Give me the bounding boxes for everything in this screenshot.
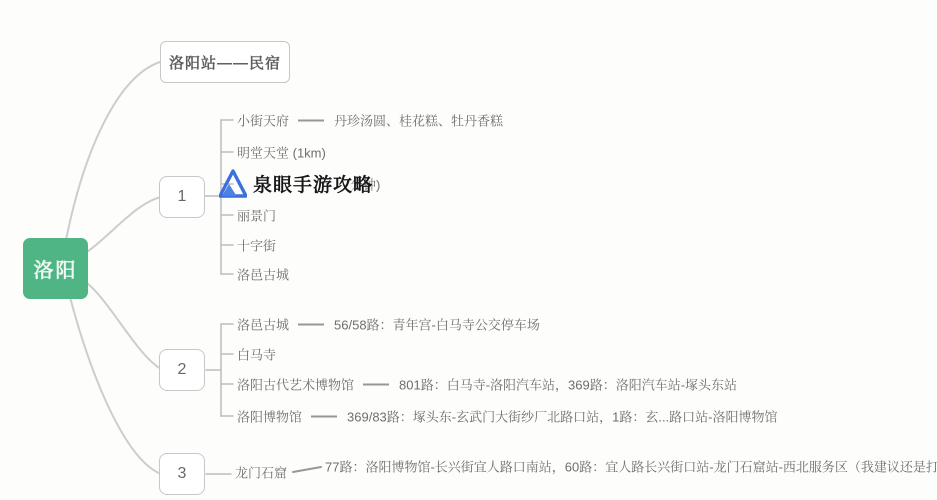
- topic-label: 洛邑古城: [237, 315, 289, 334]
- label-desc-connector: [298, 119, 324, 121]
- topic-desc: 801路：白马寺-洛阳汽车站，369路：洛阳汽车站-塚头东站: [399, 375, 737, 394]
- topic-label: 小街天府: [237, 111, 289, 130]
- topic-desc: 369/83路：塚头东-玄武门大街纱厂北路口站，1路：玄...路口站-洛阳博物馆: [347, 407, 778, 426]
- topic-desc: 56/58路：青年宫-白马寺公交停车场: [334, 315, 540, 334]
- curve-root-branch1: [87, 197, 161, 252]
- topic-label: 洛阳古代艺术博物馆: [237, 375, 354, 394]
- topic-desc: 丹珍汤圆、桂花糕、牡丹香糕: [334, 111, 503, 130]
- station-branch-node[interactable]: 洛阳站——民宿: [160, 41, 290, 83]
- topic-row-mingtangtiantang[interactable]: 明堂天堂 (1km): [237, 143, 326, 162]
- topic-label: 明堂天堂 (1km): [237, 143, 326, 162]
- label-desc-connector: [311, 415, 337, 417]
- topic-row-longmenshiku[interactable]: 龙门石窟: [235, 463, 287, 482]
- topic-row-luoyigucheng-1[interactable]: 洛邑古城: [237, 265, 289, 284]
- label-desc-connector: [298, 323, 324, 325]
- topic-label: 丽景门: [237, 206, 276, 225]
- station-branch-label: 洛阳站——民宿: [169, 52, 281, 73]
- watermark-text: 泉眼手游攻略: [253, 170, 373, 197]
- topic-row-gudaiyishubowuguan[interactable]: 洛阳古代艺术博物馆 801路：白马寺-洛阳汽车站，369路：洛阳汽车站-塚头东站: [237, 375, 737, 394]
- topic-row-baimasi[interactable]: 白马寺: [237, 345, 276, 364]
- triangle-mountain-logo-icon: [219, 169, 247, 198]
- topic-row-lijingmen[interactable]: 丽景门: [237, 206, 276, 225]
- watermark: 泉眼手游攻略: [219, 169, 373, 198]
- branch-node-3[interactable]: 3: [159, 453, 205, 495]
- branch-node-3-label: 3: [178, 465, 187, 483]
- branch-node-1[interactable]: 1: [159, 176, 205, 218]
- topic-row-luoyigucheng-2[interactable]: 洛邑古城 56/58路：青年宫-白马寺公交停车场: [237, 315, 540, 334]
- branch3-label-desc-line: [293, 467, 321, 472]
- curve-root-branch3: [70, 297, 161, 474]
- curve-root-branch2: [87, 283, 161, 369]
- curve-root-station: [66, 62, 160, 240]
- topic-label: 龙门石窟: [235, 463, 287, 482]
- topic-row-luoyangbowuguan[interactable]: 洛阳博物馆 369/83路：塚头东-玄武门大街纱厂北路口站，1路：玄...路口站…: [237, 407, 778, 426]
- topic-label: 洛邑古城: [237, 265, 289, 284]
- topic-label: 十字街: [237, 236, 276, 255]
- topic-row-shizijie[interactable]: 十字街: [237, 236, 276, 255]
- root-node-label: 洛阳: [34, 254, 78, 283]
- branch-node-2-label: 2: [178, 361, 187, 379]
- mindmap-canvas: 洛阳 洛阳站——民宿 1 2 3 小街天府 丹珍汤圆、桂花糕、牡丹香糕 明堂天堂…: [0, 0, 937, 500]
- topic-label: 洛阳博物馆: [237, 407, 302, 426]
- topic-label: 白马寺: [237, 345, 276, 364]
- topic-desc: 77路：洛阳博物馆-长兴街宜人路口南站，60路：宜人路长兴街口站-龙门石窟站-西…: [325, 457, 937, 476]
- branch-node-2[interactable]: 2: [159, 349, 205, 391]
- branch-node-1-label: 1: [178, 188, 187, 206]
- label-desc-connector: [363, 383, 389, 385]
- topic-row-xiaojietianfu[interactable]: 小街天府 丹珍汤圆、桂花糕、牡丹香糕: [237, 111, 503, 130]
- topic-desc-longmenshiku[interactable]: 77路：洛阳博物馆-长兴街宜人路口南站，60路：宜人路长兴街口站-龙门石窟站-西…: [325, 457, 937, 476]
- root-node-luoyang[interactable]: 洛阳: [23, 238, 88, 299]
